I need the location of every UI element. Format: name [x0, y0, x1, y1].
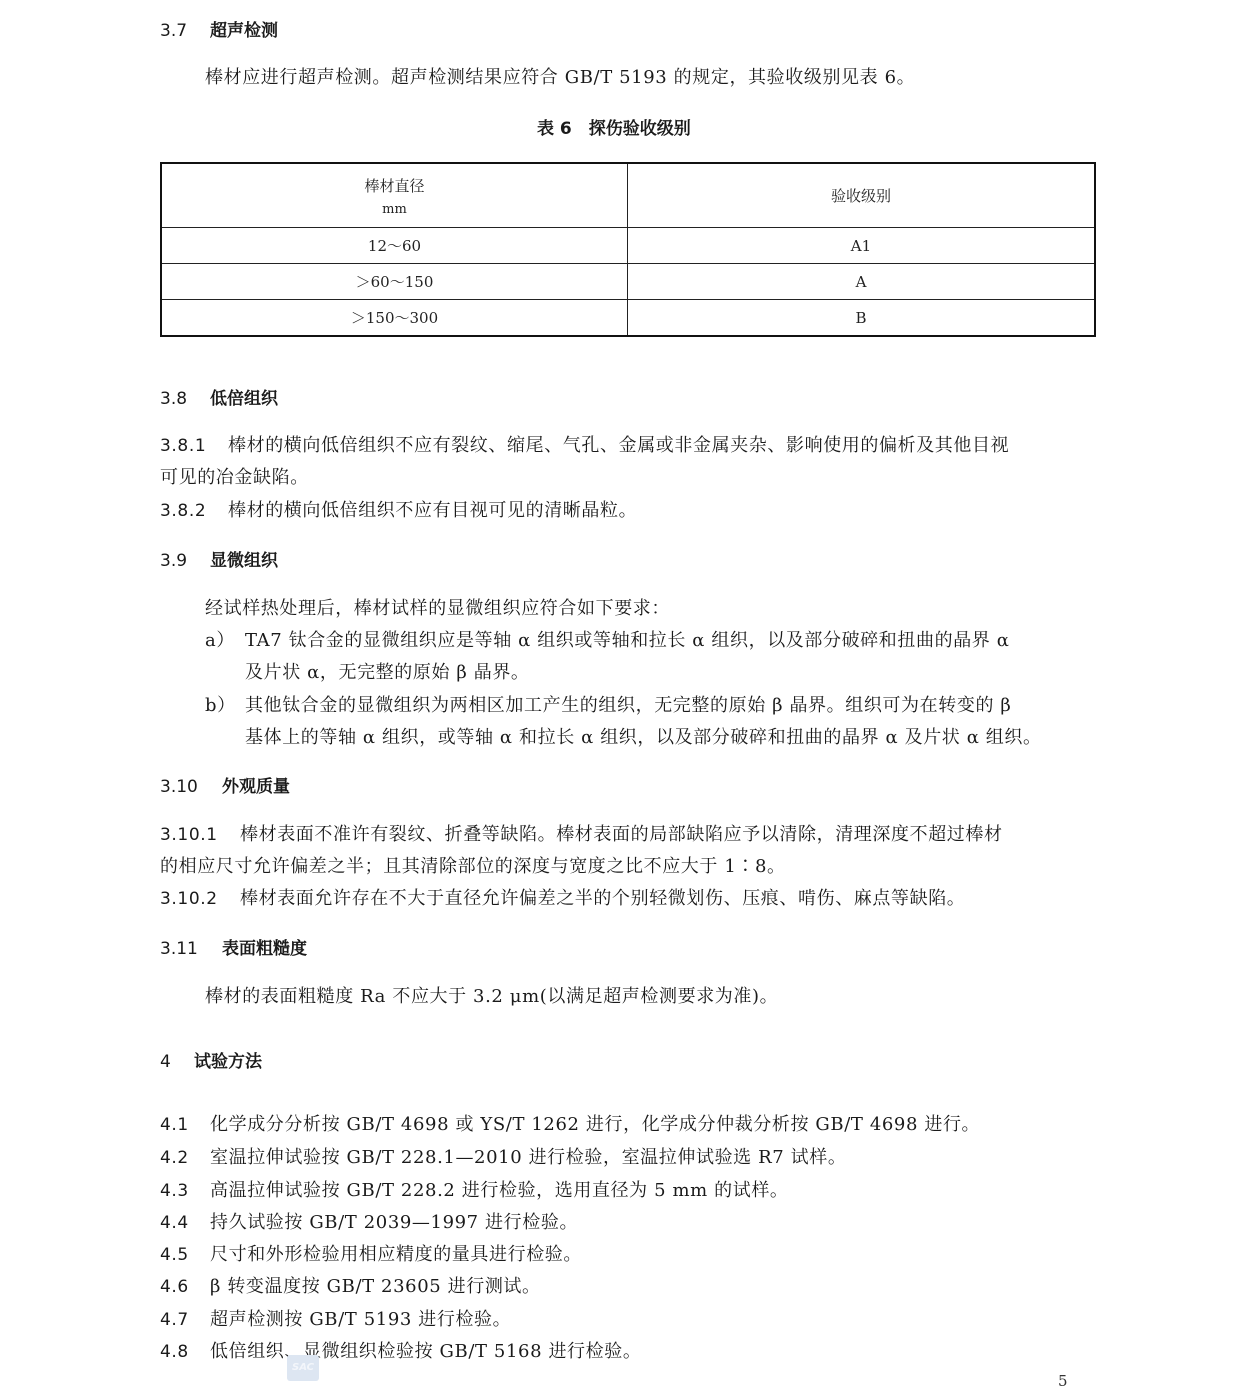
list-item-b-cont: 基体上的等轴 α 组织，或等轴 α 和拉长 α 组织，以及部分破碎和扭曲的晶界 … [245, 723, 1042, 749]
clause-3-10-2: 3.10.2棒材表面允许存在不大于直径允许偏差之半的个别轻微划伤、压痕、啃伤、麻… [160, 884, 965, 910]
method-item: 4.4持久试验按 GB/T 2039—1997 进行检验。 [160, 1208, 578, 1234]
acceptance-level-table: 棒材直径 mm 验收级别 12～60 A1 ＞60～150 A ＞150～300… [160, 162, 1096, 337]
section-heading-3-10: 3.10外观质量 [160, 772, 290, 797]
paragraph-3-7: 棒材应进行超声检测。超声检测结果应符合 GB/T 5193 的规定，其验收级别见… [205, 63, 915, 89]
clause-number: 3.10.1 [160, 825, 240, 845]
section-number: 3.10 [160, 777, 222, 797]
clause-text: 棒材表面不准许有裂纹、折叠等缺陷。棒材表面的局部缺陷应予以清除，清理深度不超过棒… [240, 824, 1003, 845]
section-number: 3.8 [160, 389, 210, 409]
list-text: TA7 钛合金的显微组织应是等轴 α 组织或等轴和拉长 α 组织，以及部分破碎和… [245, 630, 1009, 651]
method-item: 4.8低倍组织、显微组织检验按 GB/T 5168 进行检验。 [160, 1337, 641, 1363]
cell-level: A1 [628, 228, 1096, 264]
section-title: 表面粗糙度 [222, 939, 307, 959]
method-number: 4.3 [160, 1181, 210, 1201]
list-text: 其他钛合金的显微组织为两相区加工产生的组织，无完整的原始 β 晶界。组织可为在转… [245, 695, 1011, 716]
method-item: 4.7超声检测按 GB/T 5193 进行检验。 [160, 1305, 511, 1331]
clause-text: 棒材的横向低倍组织不应有裂纹、缩尾、气孔、金属或非金属夹杂、影响使用的偏析及其他… [228, 435, 1009, 456]
section-title: 外观质量 [222, 777, 290, 797]
list-label: b） [205, 691, 245, 717]
section-heading-3-7: 3.7超声检测 [160, 16, 278, 41]
table-caption: 表 6 探伤验收级别 [537, 114, 691, 139]
method-number: 4.5 [160, 1245, 210, 1265]
section-number: 4 [160, 1052, 194, 1072]
clause-number: 3.8.1 [160, 436, 228, 456]
cell-level: B [628, 300, 1096, 337]
method-item: 4.1化学成分分析按 GB/T 4698 或 YS/T 1262 进行，化学成分… [160, 1110, 980, 1136]
method-number: 4.8 [160, 1342, 210, 1362]
sac-watermark-logo: SAC [287, 1355, 319, 1381]
header-diameter: 棒材直径 mm [161, 163, 628, 228]
section-number: 3.9 [160, 551, 210, 571]
cell-diameter: ＞150～300 [161, 300, 628, 337]
header-diameter-label: 棒材直径 [364, 177, 424, 195]
clause-3-10-1-cont: 的相应尺寸允许偏差之半；且其清除部位的深度与宽度之比不应大于 1∶8。 [160, 852, 786, 878]
section-heading-4: 4试验方法 [160, 1047, 262, 1072]
table-row: ＞60～150 A [161, 264, 1095, 300]
method-number: 4.7 [160, 1310, 210, 1330]
section-number: 3.7 [160, 21, 210, 41]
section-heading-3-9: 3.9显微组织 [160, 546, 278, 571]
method-text: 化学成分分析按 GB/T 4698 或 YS/T 1262 进行，化学成分仲裁分… [210, 1114, 980, 1135]
clause-3-8-1-cont: 可见的冶金缺陷。 [160, 463, 309, 489]
section-number: 3.11 [160, 939, 222, 959]
method-item: 4.6β 转变温度按 GB/T 23605 进行测试。 [160, 1272, 541, 1298]
header-diameter-unit: mm [162, 202, 627, 217]
method-number: 4.2 [160, 1148, 210, 1168]
method-item: 4.2室温拉伸试验按 GB/T 228.1—2010 进行检验，室温拉伸试验选 … [160, 1143, 846, 1169]
header-level: 验收级别 [628, 163, 1096, 228]
clause-3-8-1: 3.8.1棒材的横向低倍组织不应有裂纹、缩尾、气孔、金属或非金属夹杂、影响使用的… [160, 431, 1009, 457]
table-row: ＞150～300 B [161, 300, 1095, 337]
cell-diameter: 12～60 [161, 228, 628, 264]
method-number: 4.6 [160, 1277, 210, 1297]
clause-text: 棒材的横向低倍组织不应有目视可见的清晰晶粒。 [228, 500, 637, 521]
method-text: 室温拉伸试验按 GB/T 228.1—2010 进行检验，室温拉伸试验选 R7 … [210, 1147, 846, 1168]
section-heading-3-8: 3.8低倍组织 [160, 384, 278, 409]
method-text: β 转变温度按 GB/T 23605 进行测试。 [210, 1276, 541, 1297]
list-item-a-cont: 及片状 α，无完整的原始 β 晶界。 [245, 658, 530, 684]
method-text: 低倍组织、显微组织检验按 GB/T 5168 进行检验。 [210, 1341, 641, 1362]
method-item: 4.3高温拉伸试验按 GB/T 228.2 进行检验，选用直径为 5 mm 的试… [160, 1176, 789, 1202]
section-title: 试验方法 [194, 1052, 262, 1072]
cell-level: A [628, 264, 1096, 300]
list-item-a: a）TA7 钛合金的显微组织应是等轴 α 组织或等轴和拉长 α 组织，以及部分破… [205, 626, 1009, 652]
method-text: 持久试验按 GB/T 2039—1997 进行检验。 [210, 1212, 578, 1233]
cell-diameter: ＞60～150 [161, 264, 628, 300]
method-item: 4.5尺寸和外形检验用相应精度的量具进行检验。 [160, 1240, 582, 1266]
section-title: 超声检测 [210, 21, 278, 41]
clause-text: 棒材表面允许存在不大于直径允许偏差之半的个别轻微划伤、压痕、啃伤、麻点等缺陷。 [240, 888, 965, 909]
page-number: 5 [1058, 1372, 1068, 1390]
section-title: 低倍组织 [210, 389, 278, 409]
list-item-b: b）其他钛合金的显微组织为两相区加工产生的组织，无完整的原始 β 晶界。组织可为… [205, 691, 1011, 717]
method-text: 高温拉伸试验按 GB/T 228.2 进行检验，选用直径为 5 mm 的试样。 [210, 1180, 789, 1201]
method-text: 尺寸和外形检验用相应精度的量具进行检验。 [210, 1244, 582, 1265]
paragraph-3-9-intro: 经试样热处理后，棒材试样的显微组织应符合如下要求： [205, 594, 670, 620]
clause-3-10-1: 3.10.1棒材表面不准许有裂纹、折叠等缺陷。棒材表面的局部缺陷应予以清除，清理… [160, 820, 1003, 846]
section-heading-3-11: 3.11表面粗糙度 [160, 934, 307, 959]
clause-number: 3.8.2 [160, 501, 228, 521]
section-title: 显微组织 [210, 551, 278, 571]
table-row: 12～60 A1 [161, 228, 1095, 264]
clause-number: 3.10.2 [160, 889, 240, 909]
clause-3-8-2: 3.8.2棒材的横向低倍组织不应有目视可见的清晰晶粒。 [160, 496, 637, 522]
method-text: 超声检测按 GB/T 5193 进行检验。 [210, 1309, 511, 1330]
paragraph-3-11: 棒材的表面粗糙度 Ra 不应大于 3.2 μm(以满足超声检测要求为准)。 [205, 982, 778, 1008]
method-number: 4.4 [160, 1213, 210, 1233]
table-header-row: 棒材直径 mm 验收级别 [161, 163, 1095, 228]
method-number: 4.1 [160, 1115, 210, 1135]
list-label: a） [205, 626, 245, 652]
